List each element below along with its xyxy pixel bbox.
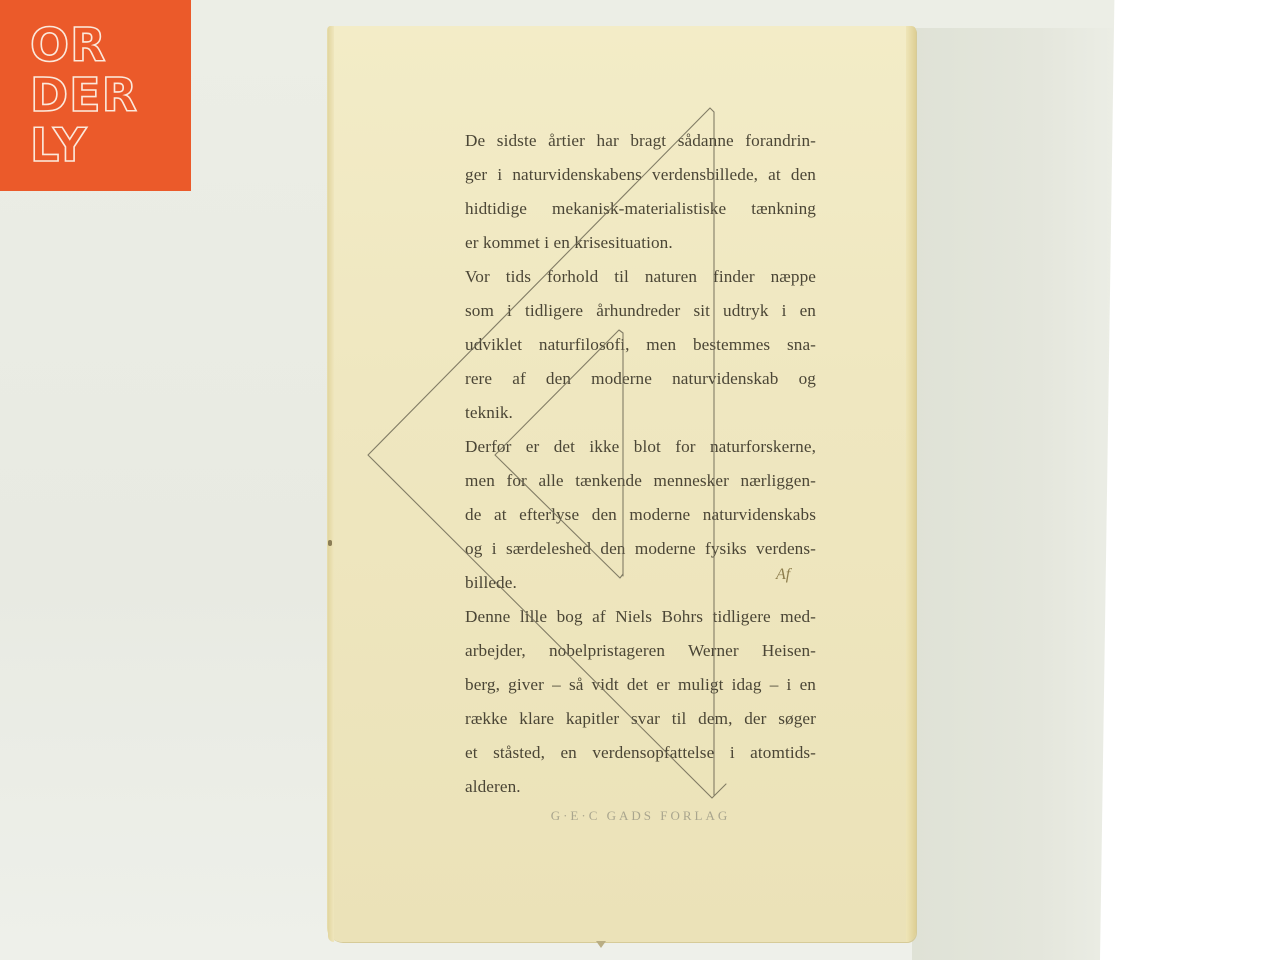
publisher-imprint: G·E·C GADS FORLAG bbox=[465, 808, 816, 824]
book-bottom-notch bbox=[596, 941, 606, 948]
backdrop-shadow bbox=[912, 28, 1122, 960]
text-line: billede. bbox=[465, 566, 816, 600]
text-line: alderen. bbox=[465, 770, 816, 804]
text-line: Denne lille bog af Niels Bohrs tidligere… bbox=[465, 600, 816, 634]
text-line: er kommet i en krisesituation. bbox=[465, 226, 816, 260]
book-right-edge bbox=[906, 26, 916, 942]
paragraph-1: De sidste årtier har bragt sådanne foran… bbox=[465, 124, 816, 260]
paragraph-4: Denne lille bog af Niels Bohrs tidligere… bbox=[465, 600, 816, 804]
text-line: arbejder, nobelpristageren Werner Heisen… bbox=[465, 634, 816, 668]
blurb-text: De sidste årtier har bragt sådanne foran… bbox=[465, 124, 816, 804]
text-line: og i særdeleshed den moderne fysiks verd… bbox=[465, 532, 816, 566]
text-line: række klare kapitler svar til dem, der s… bbox=[465, 702, 816, 736]
paragraph-2: Vor tids forhold til naturen finder næpp… bbox=[465, 260, 816, 430]
orderly-logo: OR DER LY bbox=[0, 0, 191, 191]
logo-wordmark: OR DER LY bbox=[30, 20, 138, 170]
text-line: udviklet naturfilosofi, men bestemmes sn… bbox=[465, 328, 816, 362]
text-line: De sidste årtier har bragt sådanne foran… bbox=[465, 124, 816, 158]
text-line: ger i naturvidenskabens verdensbillede, … bbox=[465, 158, 816, 192]
logo-line-3: LY bbox=[30, 120, 138, 170]
paragraph-3: Derfor er det ikke blot for naturforsker… bbox=[465, 430, 816, 600]
logo-line-1: OR bbox=[30, 20, 138, 70]
text-line: men for alle tænkende mennesker nærligge… bbox=[465, 464, 816, 498]
text-line: et ståsted, en verdensopfattelse i atomt… bbox=[465, 736, 816, 770]
text-line: rere af den moderne naturvidenskab og bbox=[465, 362, 816, 396]
text-line: hidtidige mekanisk-materialistiske tænkn… bbox=[465, 192, 816, 226]
margin-signature: Af bbox=[776, 566, 790, 584]
text-line: Vor tids forhold til naturen finder næpp… bbox=[465, 260, 816, 294]
book-left-edge bbox=[328, 26, 334, 942]
text-line: Derfor er det ikke blot for naturforsker… bbox=[465, 430, 816, 464]
logo-line-2: DER bbox=[30, 70, 138, 120]
text-line: berg, giver – så vidt det er muligt idag… bbox=[465, 668, 816, 702]
text-line: teknik. bbox=[465, 396, 816, 430]
text-line: de at efterlyse den moderne naturvidensk… bbox=[465, 498, 816, 532]
text-line: som i tidligere århundreder sit udtryk i… bbox=[465, 294, 816, 328]
cover-speck bbox=[328, 540, 332, 546]
backdrop-white-area bbox=[1100, 0, 1280, 960]
